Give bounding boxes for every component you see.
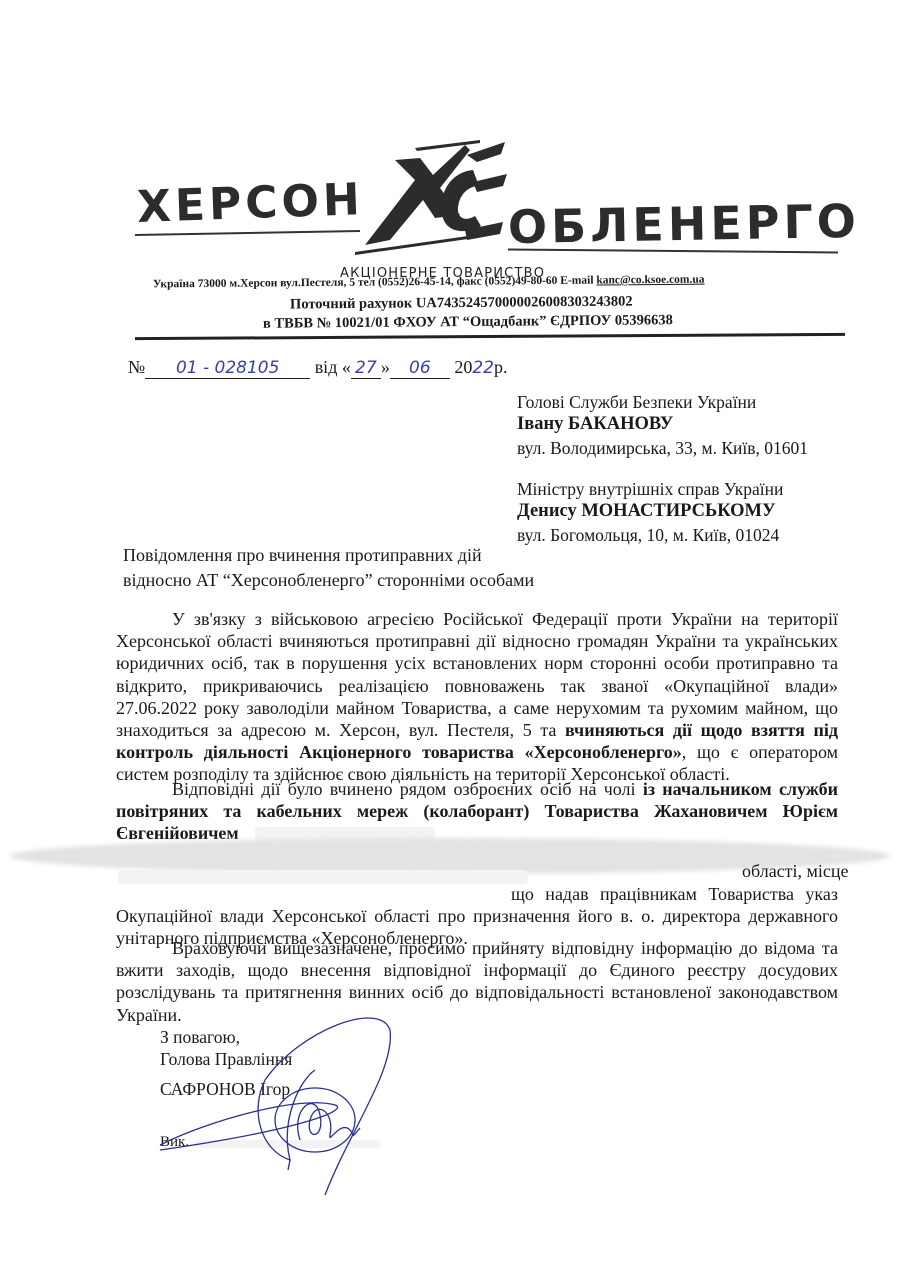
recipient-sbu: Голові Служби Безпеки України Івану БАКА… [517,391,808,459]
company-logo-mark-icon [355,140,515,255]
recipient-position: Голові Служби Безпеки України [517,391,808,413]
subject-line-1: Повідомлення про вчинення протиправних д… [123,543,534,568]
registration-line: №01 - 028105 від «27»06 2022р. [128,357,508,379]
registration-number: 01 - 028105 [176,358,279,378]
logo-text-kherson: ХЕРСОН [136,174,364,233]
recipient-name: Денису МОНАСТИРСЬКОМУ [517,500,783,522]
address-text: Україна 73000 м.Херсон вул.Пестеля, 5 те… [153,275,594,291]
number-prefix: № [128,357,145,377]
recipient-name: Івану БАКАНОВУ [517,413,808,435]
date-year: 2022р. [454,357,507,377]
date-day: 27 [355,358,377,378]
letterhead-divider [135,333,845,340]
recipient-position: Міністру внутрішніх справ України [517,478,783,500]
handwritten-signature-icon [150,1010,410,1200]
body-paragraph-2: Відповідні дії було вчинено рядом озброє… [116,778,838,845]
bank-details: в ТВБВ № 10021/01 ФХОУ АТ “Ощадбанк” ЄДР… [263,312,673,333]
company-address: Україна 73000 м.Херсон вул.Пестеля, 5 те… [153,274,705,291]
email-link[interactable]: kanc@co.ksoe.com.ua [596,274,704,287]
recipient-mvs: Міністру внутрішніх справ України Денису… [517,478,783,546]
redaction-mark [118,870,528,884]
date-month-field: 06 [390,357,450,379]
recipient-address: вул. Богомольця, 10, м. Київ, 01024 [517,524,783,546]
date-month: 06 [409,358,431,378]
logo-text-oblenergo: ОБЛЕНЕРГО [508,194,861,254]
date-day-field: 27 [351,357,381,379]
subject-line-2: відносно АТ “Херсонобленерго” сторонніми… [123,568,534,593]
paragraph-2-visible-tail: області, місце [742,861,849,882]
body-paragraph-1: У зв'язку з військовою агресією Російськ… [116,608,838,786]
registration-number-field: 01 - 028105 [145,357,310,379]
bank-account: Поточний рахунок UA743524570000026008303… [290,294,633,314]
date-prefix: від [315,357,338,377]
recipient-address: вул. Володимирська, 33, м. Київ, 01601 [517,437,808,459]
letter-subject: Повідомлення про вчинення протиправних д… [123,543,534,593]
